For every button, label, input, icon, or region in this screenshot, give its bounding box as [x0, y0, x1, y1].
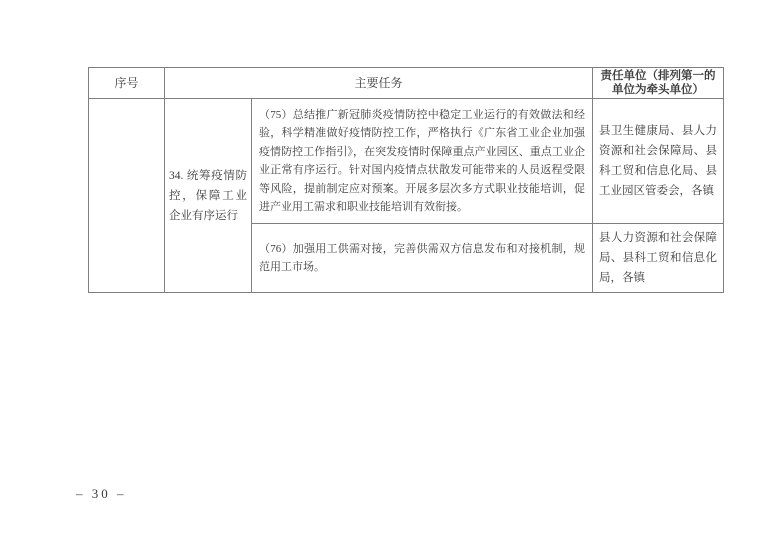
task-group-title: 34. 统筹疫情防控，保障工业企业有序运行 [165, 99, 252, 293]
task-75-text: （75）总结推广新冠肺炎疫情防控中稳定工业运行的有效做法和经验，科学精准做好疫情… [252, 99, 593, 224]
header-responsible-units: 责任单位（排列第一的单位为牵头单位） [593, 68, 724, 99]
document-page: 序号 主要任务 责任单位（排列第一的单位为牵头单位） 34. 统筹疫情防控，保障… [0, 0, 780, 551]
task-76-responsible-units: 县人力资源和社会保障局、县科工贸和信息化局，各镇 [593, 224, 724, 293]
page-number: – 30 – [76, 486, 127, 502]
header-index: 序号 [89, 68, 165, 99]
task-75-responsible-units: 县卫生健康局、县人力资源和社会保障局、县科工贸和信息化局、县工业园区管委会，各镇 [593, 99, 724, 224]
header-main-tasks: 主要任务 [165, 68, 593, 99]
table-row-task-75: 34. 统筹疫情防控，保障工业企业有序运行 （75）总结推广新冠肺炎疫情防控中稳… [89, 99, 724, 224]
task-76-text: （76）加强用工供需对接，完善供需双方信息发布和对接机制，规范用工市场。 [252, 224, 593, 293]
index-cell [89, 99, 165, 293]
tasks-table: 序号 主要任务 责任单位（排列第一的单位为牵头单位） 34. 统筹疫情防控，保障… [88, 67, 724, 293]
table-header-row: 序号 主要任务 责任单位（排列第一的单位为牵头单位） [89, 68, 724, 99]
